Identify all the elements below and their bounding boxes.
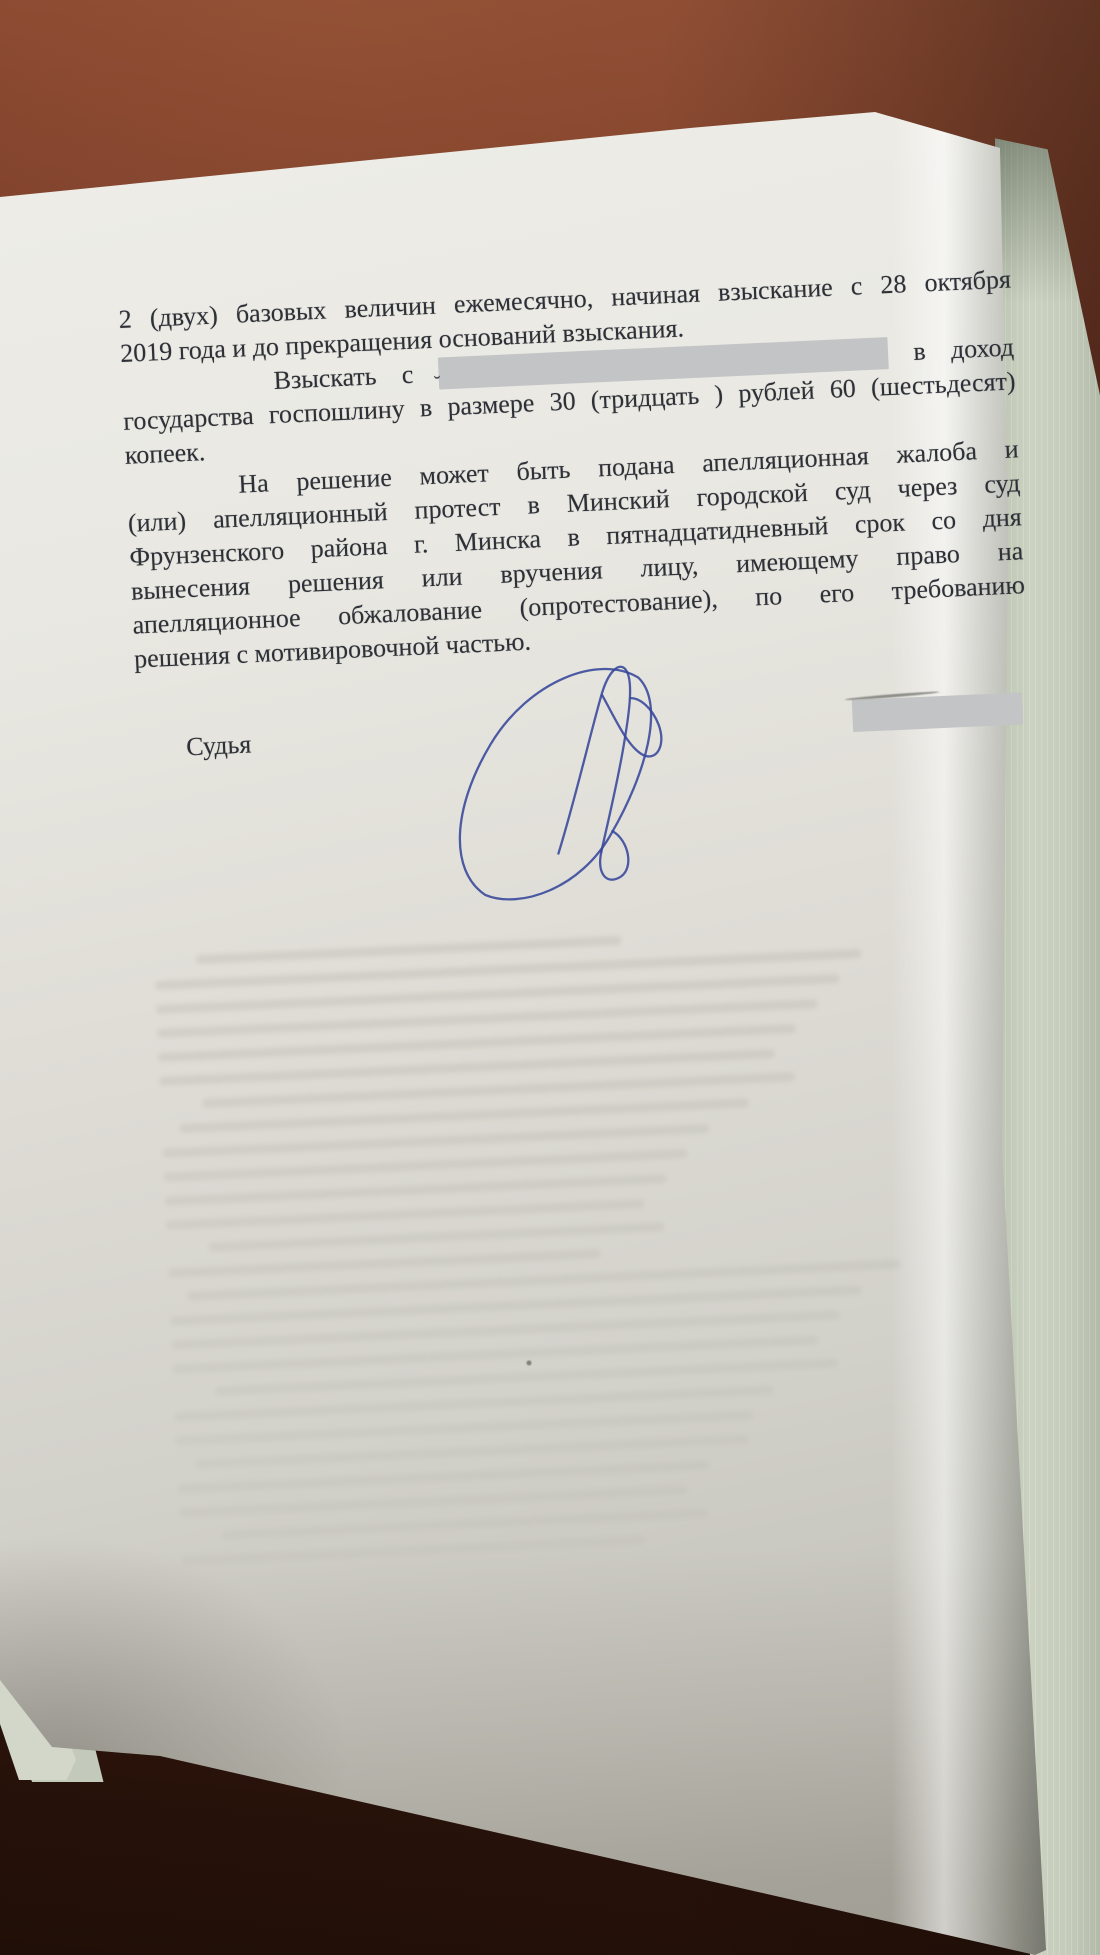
stray-diacritic-mark: ˘: [433, 366, 441, 400]
word-v: в: [913, 334, 927, 369]
word-dohod: доход: [950, 330, 1015, 367]
judge-label: Судья: [185, 727, 252, 764]
bleed-through: [154, 923, 942, 1581]
word-s: с: [401, 358, 414, 392]
document-text: ˘ 2 (двух) базовых величин ежемесячно, н…: [118, 262, 1031, 766]
word-vzyskat: Взыскать: [273, 359, 377, 398]
judge-signature: [430, 651, 676, 916]
